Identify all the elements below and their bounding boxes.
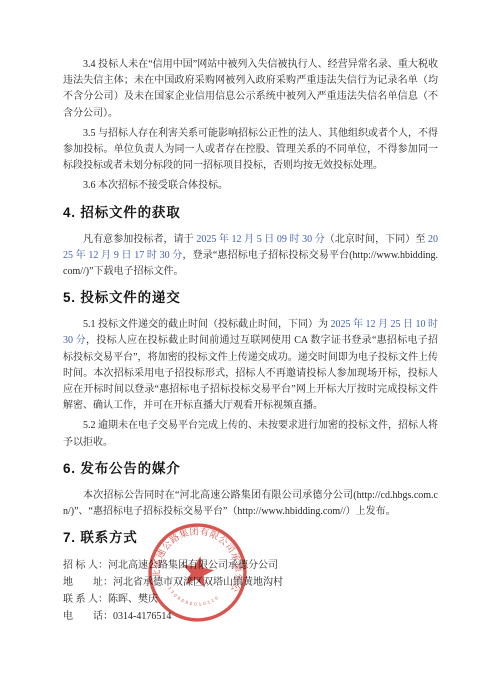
para4-text: （北京时间，下同）至 (325, 234, 428, 245)
contact-row-phone: 电 话：0314-4176514 (63, 608, 438, 625)
bid-doc-start-date: 2025 年 12 月 5 日 09 时 30 分 (196, 234, 324, 245)
phone-label: 电 话： (63, 608, 113, 625)
paragraph-6: 本次招标公告同时在“河北高速公路集团有限公司承德分公司(http://cd.hb… (63, 488, 438, 520)
contact-row-tenderer: 招 标 人：河北高速公路集团有限公司承德分公司 (63, 557, 438, 574)
contact-info: 招 标 人：河北高速公路集团有限公司承德分公司 地 址：河北省承德市双滦区双塔山… (63, 557, 438, 625)
para51-text: ，投标人应在投标截止时间前通过互联网使用 CA 数字证书登录“惠招标电子招标投标… (63, 335, 438, 411)
address-value: 河北省承德市双滦区双塔山镇黄地沟村 (113, 574, 283, 591)
paragraph-3-6: 3.6 本次招标不接受联合体投标。 (63, 178, 438, 194)
contact-person-label: 联 系 人： (63, 591, 108, 608)
para51-text: 5.1 投标文件递交的截止时间（投标截止时间，下同）为 (83, 319, 331, 330)
contact-row-address: 地 址：河北省承德市双滦区双塔山镇黄地沟村 (63, 574, 438, 591)
paragraph-5-2: 5.2 逾期未在电子交易平台完成上传的、未按要求进行加密的投标文件，招标人将予以… (63, 418, 438, 450)
document-content: 3.4 投标人未在“信用中国”网站中被列入失信被执行人、经营异常名录、重大税收违… (63, 57, 438, 625)
document-page: 3.4 投标人未在“信用中国”网站中被列入失信被执行人、经营异常名录、重大税收违… (0, 0, 495, 700)
para4-text: 凡有意参加投标者，请于 (83, 234, 196, 245)
section6-heading: 6. 发布公告的媒介 (63, 461, 438, 476)
section5-heading: 5. 投标文件的递交 (63, 290, 438, 305)
paragraph-3-4: 3.4 投标人未在“信用中国”网站中被列入失信被执行人、经营异常名录、重大税收违… (63, 57, 438, 122)
section7-heading: 7. 联系方式 (63, 530, 438, 545)
paragraph-4: 凡有意参加投标者，请于 2025 年 12 月 5 日 09 时 30 分（北京… (63, 232, 438, 281)
tenderer-label: 招 标 人： (63, 557, 108, 574)
contact-person-value: 陈晖、樊庆 (108, 591, 158, 608)
phone-value: 0314-4176514 (113, 608, 171, 625)
paragraph-3-5: 3.5 与招标人存在利害关系可能影响招标公正性的法人、其他组织或者个人，不得参加… (63, 126, 438, 175)
paragraph-5-1: 5.1 投标文件递交的截止时间（投标截止时间，下同）为 2025 年 12 月 … (63, 317, 438, 414)
contact-row-person: 联 系 人：陈晖、樊庆 (63, 591, 438, 608)
address-label: 地 址： (63, 574, 113, 591)
tenderer-value: 河北高速公路集团有限公司承德分公司 (108, 557, 278, 574)
section4-heading: 4. 招标文件的获取 (63, 205, 438, 220)
